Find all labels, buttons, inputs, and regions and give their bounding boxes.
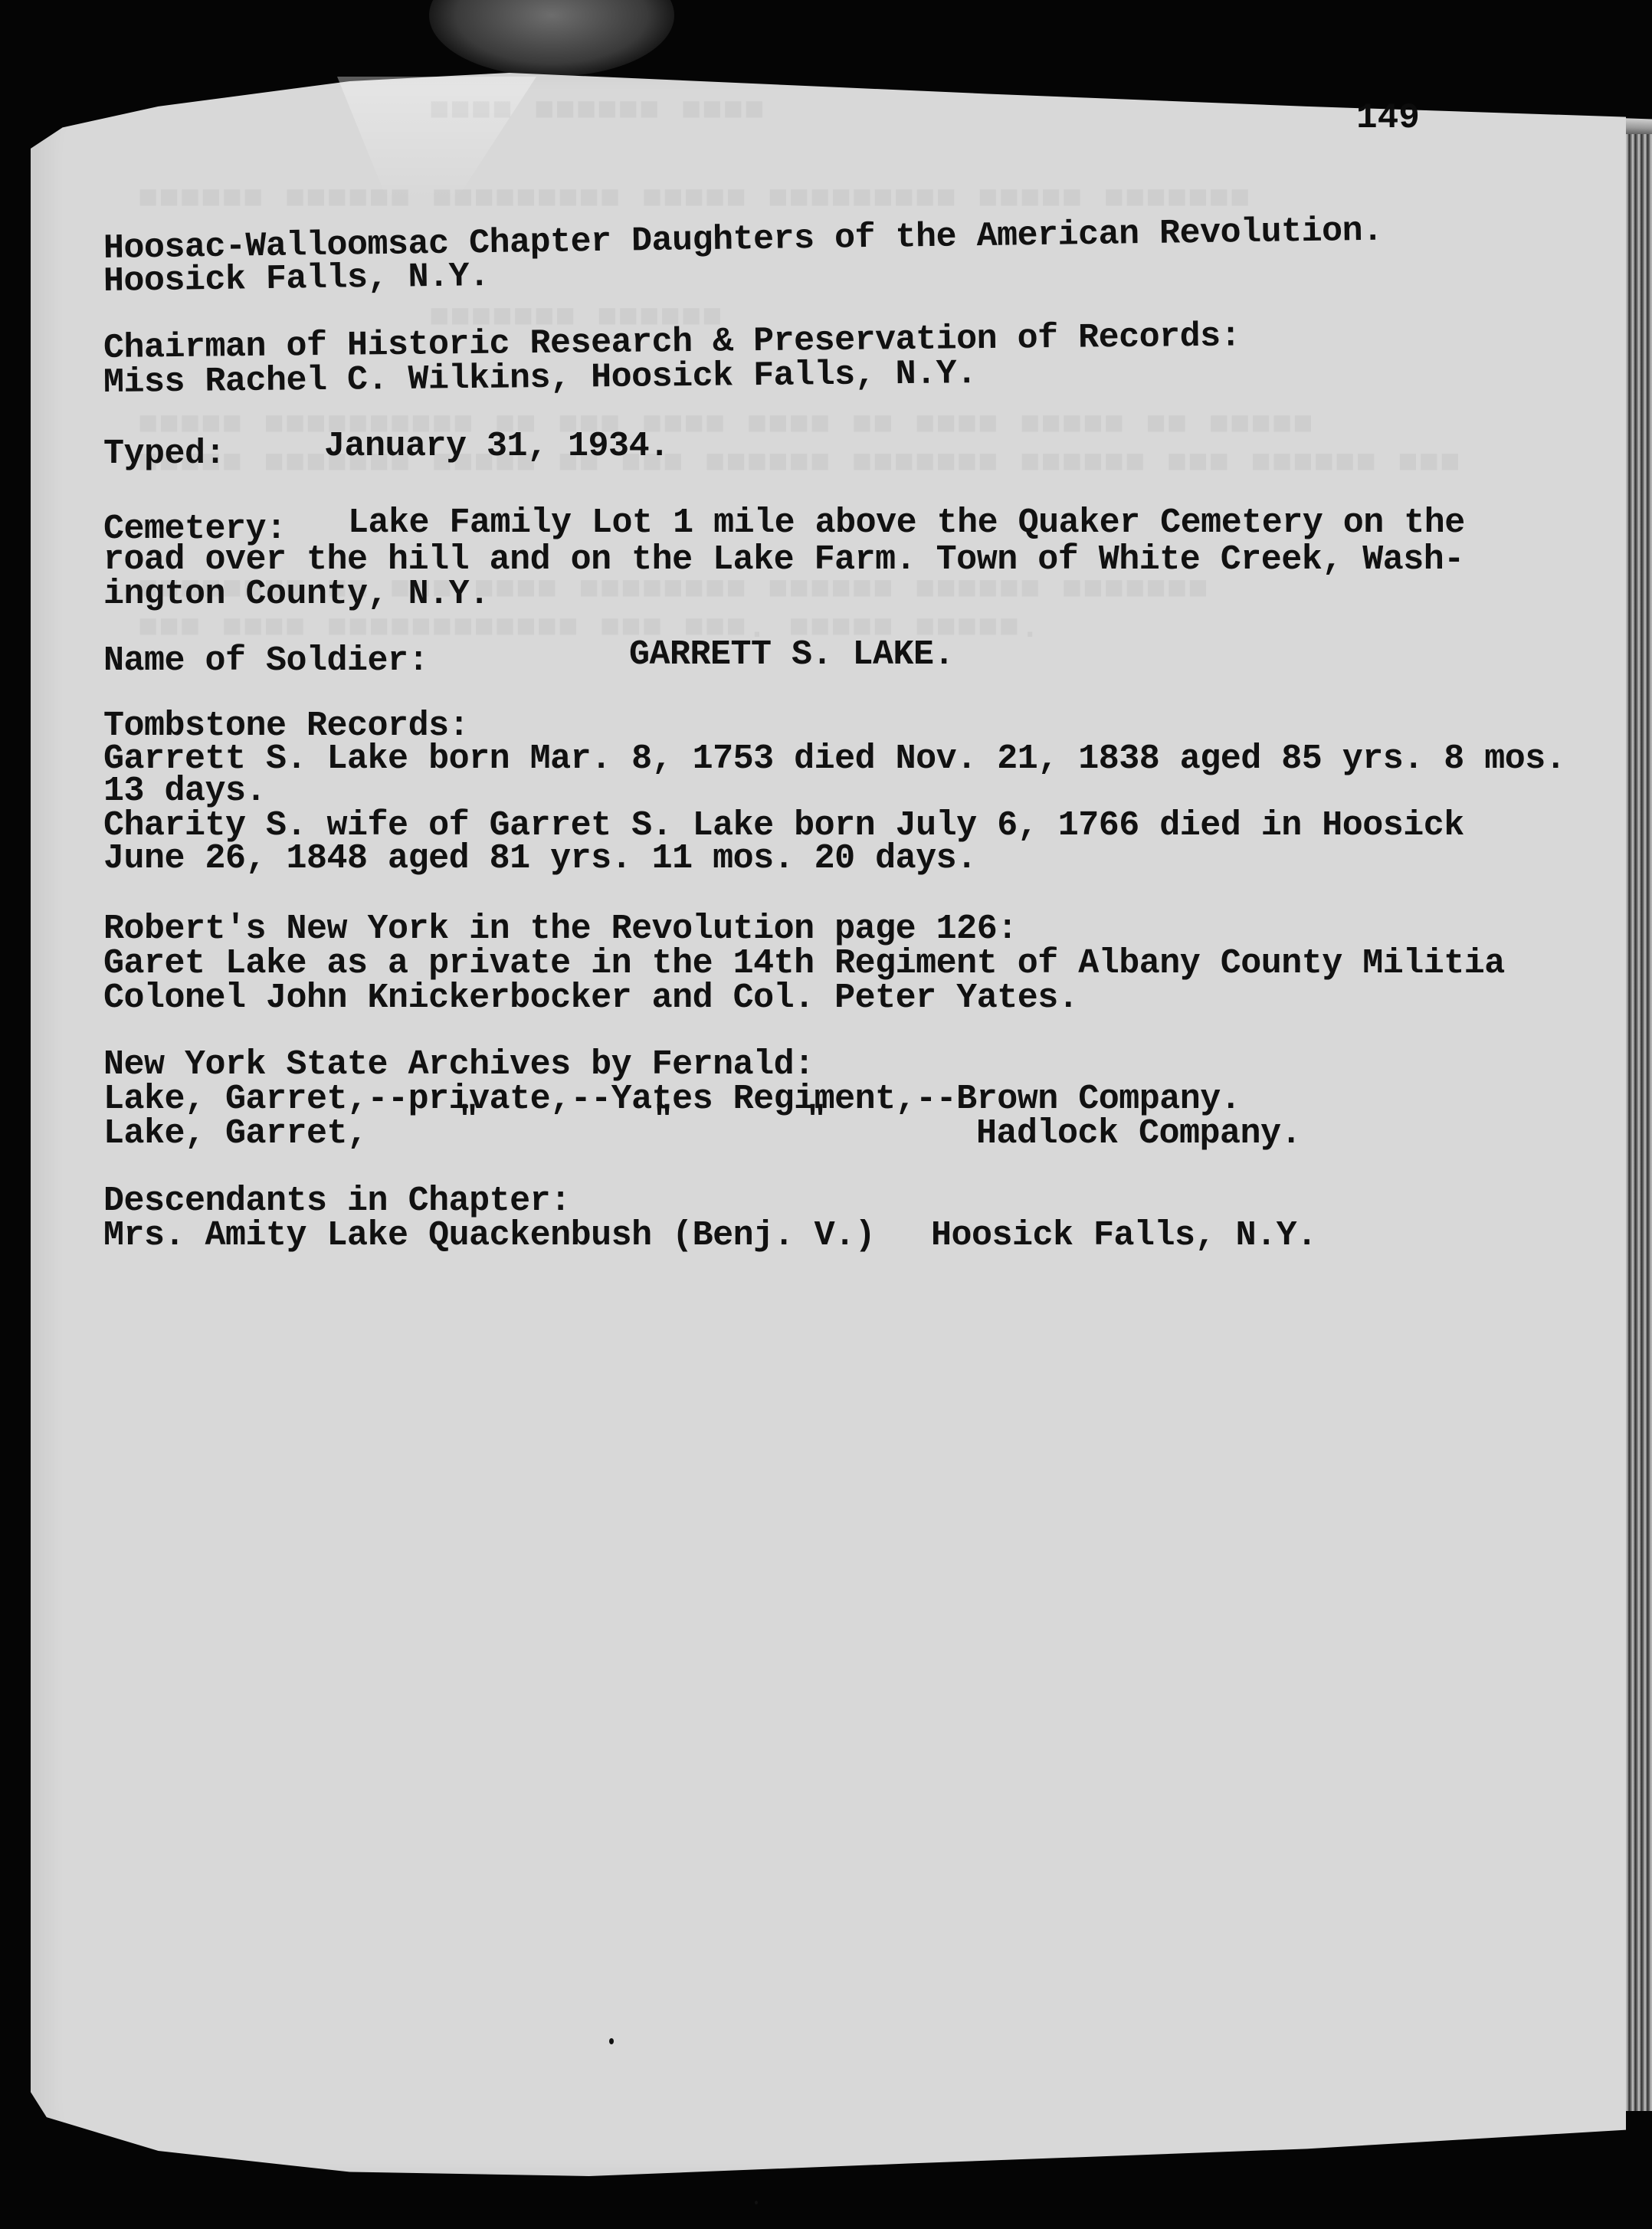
paper-speck: [609, 2038, 614, 2044]
roberts-line: Garet Lake as a private in the 14th Regi…: [103, 946, 1505, 981]
page-number: 149: [1356, 98, 1420, 138]
ditto-mark: ": [458, 1103, 479, 1138]
soldier-name: GARRETT S. LAKE.: [629, 638, 954, 672]
ditto-mark: ": [653, 1103, 674, 1138]
tombstone-label: Tombstone Records:: [103, 709, 469, 743]
typed-label: Typed:: [103, 437, 225, 471]
tombstone-line: 13 days.: [103, 774, 266, 808]
cemetery-line-2: road over the hill and on the Lake Farm.…: [103, 542, 1464, 577]
bleed-through-text: ■■■■ ■■■■■■ ■■■■: [429, 92, 765, 130]
paper-speck: [755, 2201, 758, 2204]
roberts-line: Colonel John Knickerbocker and Col. Pete…: [103, 981, 1078, 1015]
descendant-name: Mrs. Amity Lake Quackenbush (Benj. V.): [103, 1218, 875, 1253]
cemetery-line-3: ington County, N.Y.: [103, 577, 490, 611]
archives-row-2-company: Hadlock Company.: [976, 1116, 1301, 1151]
roberts-label: Robert's New York in the Revolution page…: [103, 912, 1018, 946]
soldier-label: Name of Soldier:: [103, 644, 428, 678]
archives-label: New York State Archives by Fernald:: [103, 1047, 815, 1082]
bleed-through-text: ■■■■■ ■■■■■■■■■■ ■■ ■■■ ■■■■ ■■■■ ■■ ■■■…: [138, 406, 1314, 444]
cemetery-line-1: Lake Family Lot 1 mile above the Quaker …: [348, 506, 1465, 540]
typed-date: January 31, 1934.: [324, 429, 670, 464]
organization-location: Hoosick Falls, N.Y.: [103, 259, 490, 299]
ditto-mark: ": [806, 1103, 827, 1138]
tombstone-line: June 26, 1848 aged 81 yrs. 11 mos. 20 da…: [103, 841, 977, 876]
archives-row-2-name: Lake, Garret,: [103, 1116, 368, 1151]
page-stack-edge: [1623, 134, 1652, 2111]
descendant-location: Hoosick Falls, N.Y.: [931, 1218, 1317, 1253]
descendants-label: Descendants in Chapter:: [103, 1184, 571, 1218]
tombstone-line: Garrett S. Lake born Mar. 8, 1753 died N…: [103, 742, 1565, 776]
chairman-name: Miss Rachel C. Wilkins, Hoosick Falls, N…: [103, 356, 977, 400]
tombstone-line: Charity S. wife of Garret S. Lake born J…: [103, 808, 1464, 843]
bleed-through-text: ■■■■■■ ■■■■■■ ■■■■■■■■■ ■■■■■ ■■■■■■■■■ …: [138, 180, 1250, 218]
